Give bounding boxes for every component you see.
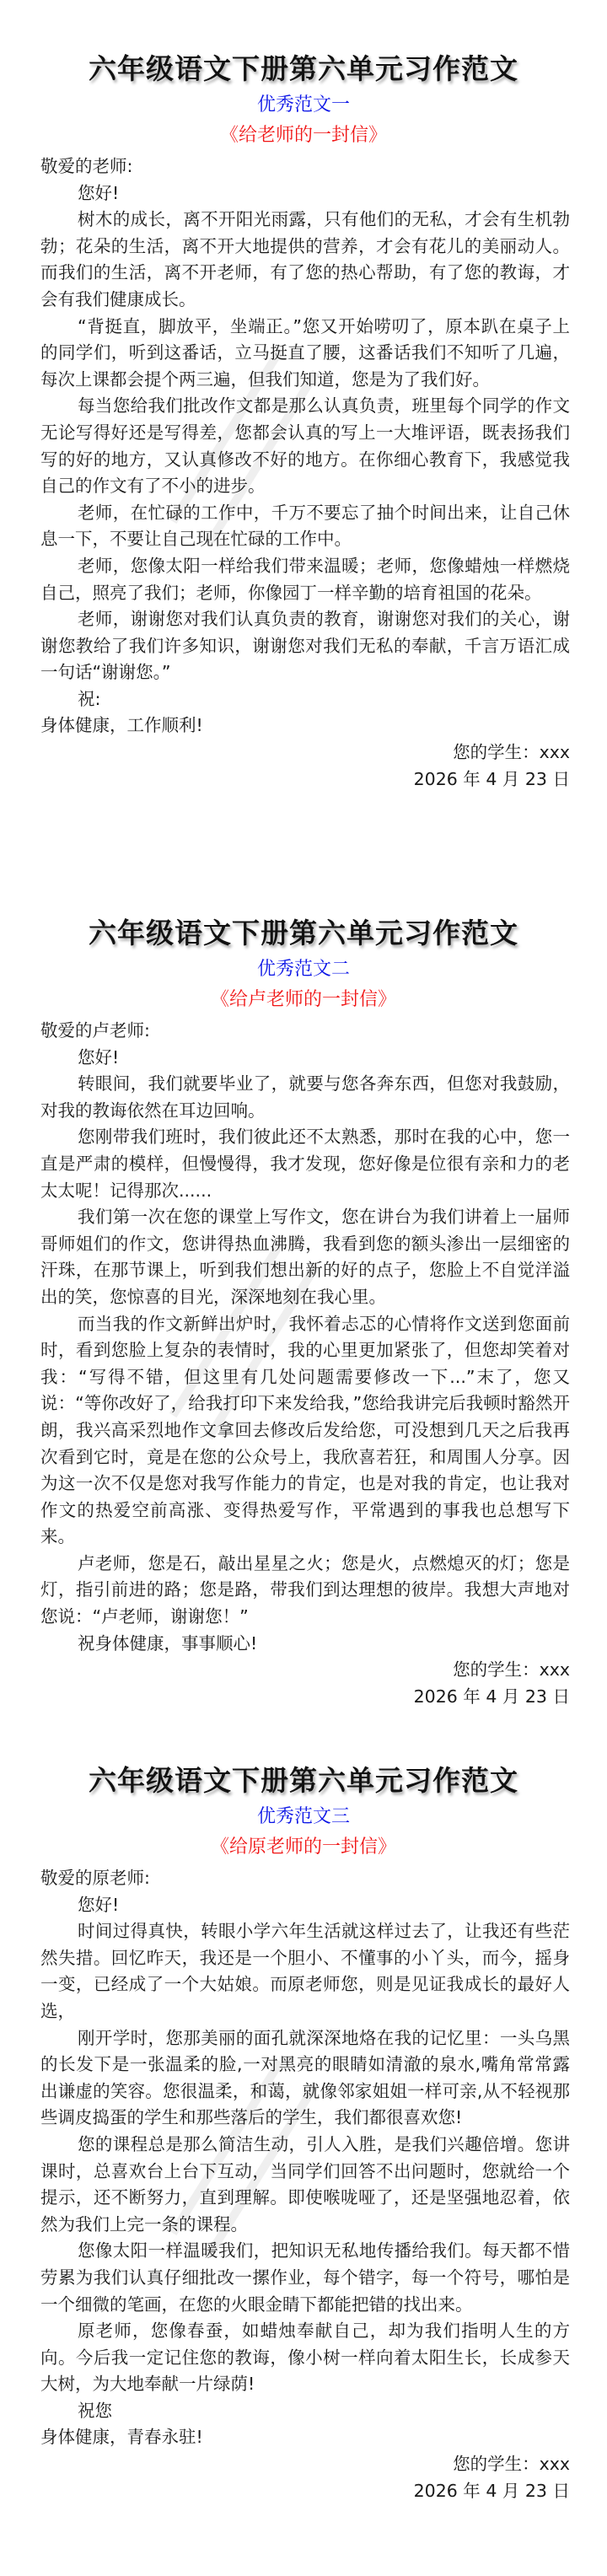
- paragraph: 您刚带我们班时，我们彼此还不太熟悉，那时在我的心中，您一直是严肃的模样，但慢慢得…: [40, 1124, 570, 1204]
- closing-line: 身体健康，工作顺利!: [40, 713, 570, 739]
- paragraph: “背挺直，脚放平，坐端正。”您又开始唠叨了，原本趴在桌子上的同学们，听到这番话，…: [40, 314, 570, 394]
- sample-label: 优秀范文三: [0, 1804, 607, 1830]
- greeting: 您好!: [40, 180, 570, 207]
- essay-1: 六年级语文下册第六单元习作范文 优秀范文一 《给老师的一封信》 敬爱的老师: 您…: [0, 52, 607, 793]
- essay-2: 六年级语文下册第六单元习作范文 优秀范文二 《给卢老师的一封信》 敬爱的卢老师:…: [0, 917, 607, 1710]
- essay-3: 六年级语文下册第六单元习作范文 优秀范文三 《给原老师的一封信》 敬爱的原老师:…: [0, 1764, 607, 2504]
- letter-title: 《给老师的一封信》: [0, 123, 607, 148]
- paragraph: 老师，您像太阳一样给我们带来温暖；老师，您像蜡烛一样燃烧自己，照亮了我们；老师，…: [40, 553, 570, 606]
- paragraph: 我们第一次在您的课堂上写作文，您在讲台为我们讲着上一届师哥师姐们的作文，您讲得热…: [40, 1204, 570, 1310]
- letter-title: 《给卢老师的一封信》: [0, 987, 607, 1013]
- salutation: 敬爱的老师:: [40, 153, 570, 180]
- closing-wish: 祝身体健康，事事顺心!: [40, 1631, 570, 1658]
- salutation: 敬爱的卢老师:: [40, 1018, 570, 1045]
- sample-label: 优秀范文二: [0, 957, 607, 982]
- letter-body: 敬爱的老师: 您好! 树木的成长，离不开阳光雨露，只有他们的无私，才会有生机勃勃…: [0, 153, 607, 793]
- letter-body: 敬爱的卢老师: 您好! 转眼间，我们就要毕业了，就要与您各奔东西，但您对我鼓励，…: [0, 1018, 607, 1710]
- signature: 您的学生：xxx: [40, 1657, 570, 1684]
- paragraph: 每当您给我们批改作文都是那么认真负责，班里每个同学的作文无论写得好还是写得差，您…: [40, 393, 570, 499]
- paragraph: 您的课程总是那么简洁生动，引人入胜，是我们兴趣倍增。您讲课时，总喜欢台上台下互动…: [40, 2132, 570, 2238]
- paragraph: 老师，在忙碌的工作中，千万不要忘了抽个时间出来，让自己休息一下，不要让自己现在忙…: [40, 500, 570, 553]
- salutation: 敬爱的原老师:: [40, 1865, 570, 1892]
- closing-line: 身体健康，青春永驻!: [40, 2424, 570, 2451]
- paragraph: 树木的成长，离不开阳光雨露，只有他们的无私，才会有生机勃勃；花朵的生活，离不开大…: [40, 207, 570, 313]
- sample-label: 优秀范文一: [0, 93, 607, 118]
- paragraph: 刚开学时，您那美丽的面孔就深深地烙在我的记忆里：一头乌黑的长发下是一张温柔的脸,…: [40, 2025, 570, 2132]
- closing-wish: 祝:: [40, 686, 570, 713]
- document-title: 六年级语文下册第六单元习作范文: [0, 52, 607, 86]
- paragraph: 您像太阳一样温暖我们，把知识无私地传播给我们。每天都不惜劳累为我们认真仔细批改一…: [40, 2238, 570, 2318]
- paragraph: 而当我的作文新鲜出炉时，我怀着忐忑的心情将作文送到您面前时，看到您脸上复杂的表情…: [40, 1311, 570, 1551]
- letter-date: 2026 年 4 月 23 日: [40, 1684, 570, 1711]
- greeting: 您好!: [40, 1045, 570, 1072]
- paragraph: 老师，谢谢您对我们认真负责的教育，谢谢您对我们的关心，谢谢您教给了我们许多知识，…: [40, 606, 570, 686]
- letter-body: 敬爱的原老师: 您好! 时间过得真快，转眼小学六年生活就这样过去了，让我还有些茫…: [0, 1865, 607, 2504]
- paragraph: 时间过得真快，转眼小学六年生活就这样过去了，让我还有些茫然失措。回忆昨天，我还是…: [40, 1918, 570, 2025]
- signature: 您的学生：xxx: [40, 739, 570, 766]
- signature: 您的学生：xxx: [40, 2451, 570, 2478]
- letter-date: 2026 年 4 月 23 日: [40, 2478, 570, 2505]
- document-title: 六年级语文下册第六单元习作范文: [0, 917, 607, 950]
- document-title: 六年级语文下册第六单元习作范文: [0, 1764, 607, 1798]
- letter-date: 2026 年 4 月 23 日: [40, 766, 570, 793]
- paragraph: 转眼间，我们就要毕业了，就要与您各奔东西，但您对我鼓励，对我的教诲依然在耳边回响…: [40, 1071, 570, 1124]
- letter-title: 《给原老师的一封信》: [0, 1835, 607, 1860]
- closing-wish: 祝您: [40, 2398, 570, 2425]
- greeting: 您好!: [40, 1892, 570, 1919]
- paragraph: 原老师，您像春蚕，如蜡烛奉献自己，却为我们指明人生的方向。今后我一定记住您的教诲…: [40, 2318, 570, 2398]
- paragraph: 卢老师，您是石，敲出星星之火；您是火，点燃熄灭的灯；您是灯，指引前进的路；您是路…: [40, 1551, 570, 1631]
